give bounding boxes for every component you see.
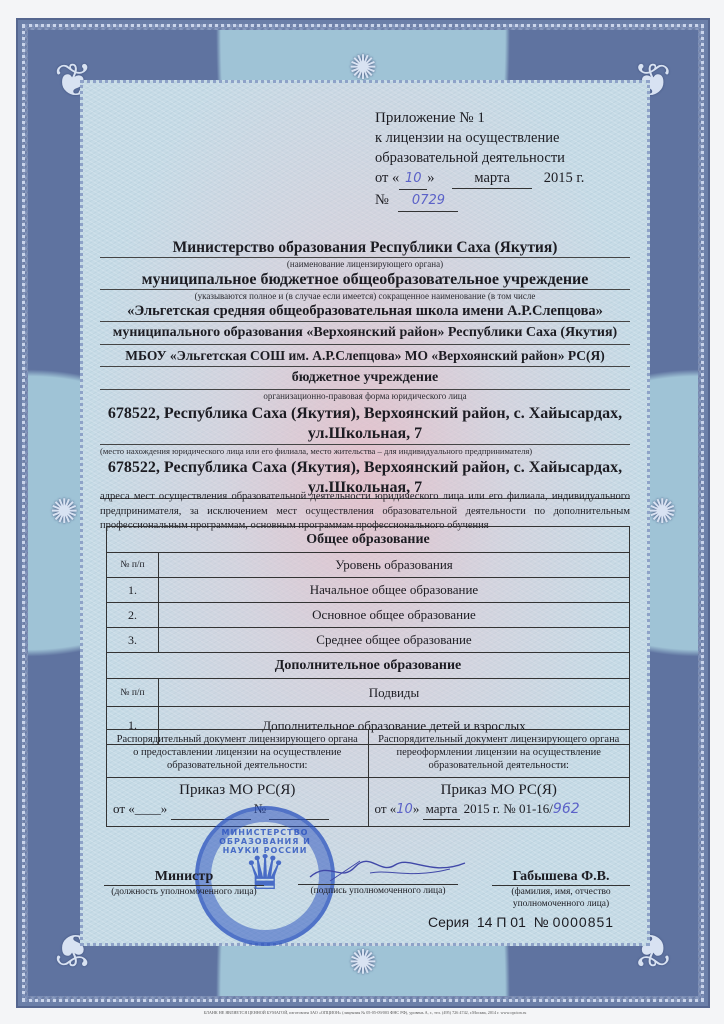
general-education-heading-row: Общее образование	[107, 527, 630, 553]
series-number: 0000851	[553, 914, 615, 930]
col-num-header: № п/п	[107, 679, 159, 707]
additional-education-heading-row: Дополнительное образование	[107, 653, 630, 679]
table-row: 1. Начальное общее образование	[107, 578, 630, 603]
org-short-name: МБОУ «Эльгетская СОШ им. А.Р.Слепцова» М…	[100, 345, 630, 367]
row-num: 3.	[107, 628, 159, 653]
date-prefix: от «	[375, 170, 399, 186]
signer-signature: (подпись уполномоченного лица)	[298, 868, 458, 897]
general-education-title: Общее образование	[107, 527, 630, 553]
grant-order: Приказ МО РС(Я)	[107, 777, 368, 799]
name-value: Габышева Ф.В.	[492, 868, 630, 886]
org-full-name-2: муниципального образования «Верхоянский …	[100, 322, 630, 345]
org-caption: (указываются полное и (в случае если име…	[100, 290, 630, 302]
org-legal-form: бюджетное учреждение	[100, 367, 630, 390]
appendix-header: Приложение № 1 к лицензии на осуществлен…	[375, 108, 615, 212]
appendix-number: № 0729	[375, 190, 615, 212]
series-code: 14 П 01	[477, 914, 526, 930]
row-num: 1.	[107, 578, 159, 603]
date-day: 10	[399, 169, 427, 190]
grant-date-day: ____	[135, 801, 161, 816]
reissue-document-cell: Распорядительный документ лицензирующего…	[368, 730, 630, 827]
name-caption: (фамилия, имя, отчество уполномоченного …	[492, 886, 630, 910]
org-address-2: ул.Школьная, 7	[100, 424, 630, 445]
appendix-line2: образовательной деятельности	[375, 148, 615, 168]
org-type: муниципальное бюджетное общеобразователь…	[100, 270, 630, 290]
number-value: 0729	[398, 191, 458, 212]
appendix-date: от «10» марта 2015 г.	[375, 168, 615, 190]
org-legal-form-caption: организационно-правовая форма юридическо…	[100, 390, 630, 402]
date-suffix: »	[427, 170, 434, 186]
position-caption: (должность уполномоченного лица)	[104, 886, 264, 898]
licensing-body: Министерство образования Республики Саха…	[100, 238, 630, 270]
printer-footer: БЛАНК НЕ ЯВЛЯЕТСЯ ЦЕННОЙ БУМАГОЙ, изгото…	[140, 1010, 590, 1015]
col-num-header: № п/п	[107, 553, 159, 578]
activity-address-1: 678522, Республика Саха (Якутия), Верхоя…	[100, 458, 630, 478]
series-number-label: №	[534, 914, 549, 930]
grant-date-mid: »	[161, 801, 168, 816]
org-address-1: 678522, Республика Саха (Якутия), Верхоя…	[100, 404, 630, 424]
rosette-ornament-icon: ✺	[648, 496, 677, 530]
col-sub-header: Подвиды	[159, 679, 630, 707]
signature-line	[298, 868, 458, 885]
row-level: Начальное общее образование	[159, 578, 630, 603]
appendix-title: Приложение № 1	[375, 108, 615, 128]
date-year: 2015 г.	[544, 170, 585, 186]
general-education-header-row: № п/п Уровень образования	[107, 553, 630, 578]
row-level: Основное общее образование	[159, 603, 630, 628]
col-level-header: Уровень образования	[159, 553, 630, 578]
appendix-line1: к лицензии на осуществление	[375, 128, 615, 148]
licensing-body-caption: (наименование лицензирующего органа)	[100, 258, 630, 270]
table-row: 2. Основное общее образование	[107, 603, 630, 628]
reissue-date-month: марта	[423, 799, 461, 820]
administrative-documents: Распорядительный документ лицензирующего…	[106, 729, 630, 827]
signer-name: Габышева Ф.В. (фамилия, имя, отчество уп…	[492, 868, 630, 910]
rosette-ornament-icon: ✺	[349, 942, 378, 976]
row-level: Среднее общее образование	[159, 628, 630, 653]
reissue-number-prefix: № 01-16/	[503, 801, 553, 816]
table-row: 3. Среднее общее образование	[107, 628, 630, 653]
education-table: Общее образование № п/п Уровень образова…	[106, 526, 630, 745]
number-label: №	[375, 192, 389, 208]
reissue-number-value: 962	[553, 801, 580, 817]
reissue-date-line: от «10» марта 2015 г. № 01-16/962	[375, 799, 624, 826]
signature-caption: (подпись уполномоченного лица)	[298, 885, 458, 897]
series-label: Серия	[428, 914, 469, 930]
signer-position: Министр (должность уполномоченного лица)	[104, 868, 264, 898]
grant-date-prefix: от «	[113, 801, 135, 816]
licensing-body-name: Министерство образования Республики Саха…	[100, 238, 630, 258]
position-value: Министр	[104, 868, 264, 886]
rosette-ornament-icon: ✺	[50, 496, 79, 530]
reissue-date-day: 10	[396, 802, 413, 817]
additional-education-header-row: № п/п Подвиды	[107, 679, 630, 707]
row-num: 2.	[107, 603, 159, 628]
blank-series: Серия 14 П 01 № 0000851	[428, 914, 614, 930]
additional-education-title: Дополнительное образование	[107, 653, 630, 679]
org-full-name-1: «Эльгетская средняя общеобразовательная …	[100, 302, 630, 322]
organization-block: муниципальное бюджетное общеобразователь…	[100, 270, 630, 499]
reissue-date-mid: »	[413, 801, 420, 816]
reissue-date-prefix: от «	[375, 801, 397, 816]
org-address-caption: (место нахождения юридического лица или …	[100, 445, 630, 457]
reissue-document-heading: Распорядительный документ лицензирующего…	[375, 733, 624, 777]
date-month: марта	[452, 168, 532, 189]
reissue-order: Приказ МО РС(Я)	[369, 777, 630, 799]
reissue-date-year: 2015 г.	[464, 801, 500, 816]
grant-document-heading: Распорядительный документ лицензирующего…	[113, 733, 362, 777]
